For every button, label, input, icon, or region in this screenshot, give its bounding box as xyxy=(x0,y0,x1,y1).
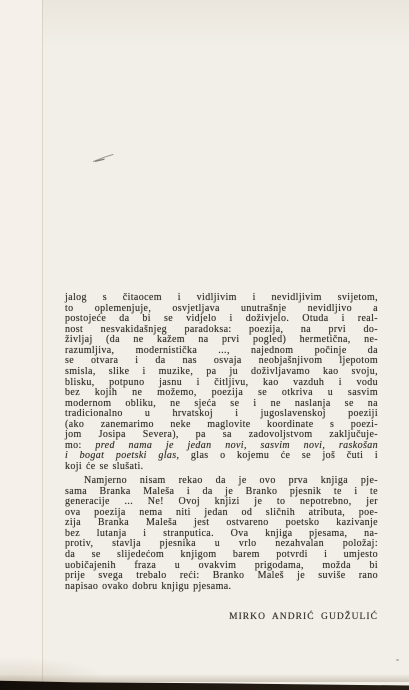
text-segment: mo: xyxy=(65,440,95,451)
text-segment: smisla, slike i muzike, pa ju doživljava… xyxy=(65,366,378,377)
text-segment: ova poezija nema niti jedan od sličnih a… xyxy=(65,507,378,518)
text-segment: protiv, stavlja pjesnika u vrlo nezahval… xyxy=(65,538,378,549)
author-signature: MIRKO ANDRIĆ GUDŽULIĆ xyxy=(229,612,378,622)
text-segment: jom Josipa Severa), pa sa zadovoljstvom … xyxy=(65,429,378,440)
scan-speck xyxy=(396,659,399,661)
text-segment: zija Branka Maleša jest ostvareno poetsk… xyxy=(65,517,378,528)
text-segment: generacije ... Ne! Ovoj knjizi je to nep… xyxy=(65,496,378,507)
text-segment: Namjerno nisam rekao da je ovo prva knji… xyxy=(84,475,378,486)
scan-edge-shadow xyxy=(0,674,409,682)
text-segment: sama Branka Maleša i da je Branko pjesni… xyxy=(65,486,378,497)
paragraph: jalog s čitaocem i vidljivim i nevidljiv… xyxy=(65,293,378,473)
text-segment: tradicionalno u hrvatskoj i jugoslavensk… xyxy=(65,408,378,419)
italic-text: pred nama je jedan novi, sasvim novi, ra… xyxy=(95,440,378,451)
scanned-book-page: jalog s čitaocem i vidljivim i nevidljiv… xyxy=(0,0,409,690)
text-segment: bez kojih ne možemo, poezija se otkriva … xyxy=(65,387,378,398)
text-segment: razumljiva, modernistička ..., najednom … xyxy=(65,345,378,356)
paragraph: Namjerno nisam rekao da je ovo prva knji… xyxy=(65,476,378,592)
text-segment: napisao ovako dobru knjigu pjesama. xyxy=(65,581,231,592)
italic-text: i bogat poetski glas, xyxy=(65,450,179,461)
text-segment: da se slijedećom knjigom barem potvrdi i… xyxy=(65,549,378,560)
page-gutter-strip xyxy=(0,0,42,683)
text-segment: življaj (da ne kažem na prvi pogled) her… xyxy=(65,334,378,345)
pencil-mark xyxy=(92,152,116,165)
text-segment: uobičajenih fraza u ovakvim prigodama, m… xyxy=(65,560,378,571)
text-segment: glas o kojemu će se još čuti i xyxy=(179,450,378,461)
body-text-block: jalog s čitaocem i vidljivim i nevidljiv… xyxy=(65,293,378,592)
text-segment: bez lutanja i stranputica. Ova knjiga pj… xyxy=(65,528,378,539)
text-segment: postojeće da bi se vidjelo i doživjelo. … xyxy=(65,313,378,324)
text-segment: koji će se slušati. xyxy=(65,461,144,472)
text-segment: jalog s čitaocem i vidljivim i nevidljiv… xyxy=(65,292,378,303)
text-segment: blisku, potpuno jasnu i čitljivu, kao va… xyxy=(65,377,378,388)
scan-edge-band xyxy=(0,680,409,690)
page-fold-line xyxy=(42,0,43,683)
text-segment: prije svega trebalo reći: Branko Maleš j… xyxy=(65,570,378,581)
text-line: napisao ovako dobru knjigu pjesama. xyxy=(65,582,378,593)
text-segment: to oplemenjuje, osvjetljava unutrašnje n… xyxy=(65,303,378,314)
text-segment: modernom obliku, ne sjeća se i ne naslan… xyxy=(65,398,378,409)
text-segment: se otvara i da nas osvaja neobjašnjivom … xyxy=(65,355,378,366)
text-line: koji će se slušati. xyxy=(65,462,378,473)
